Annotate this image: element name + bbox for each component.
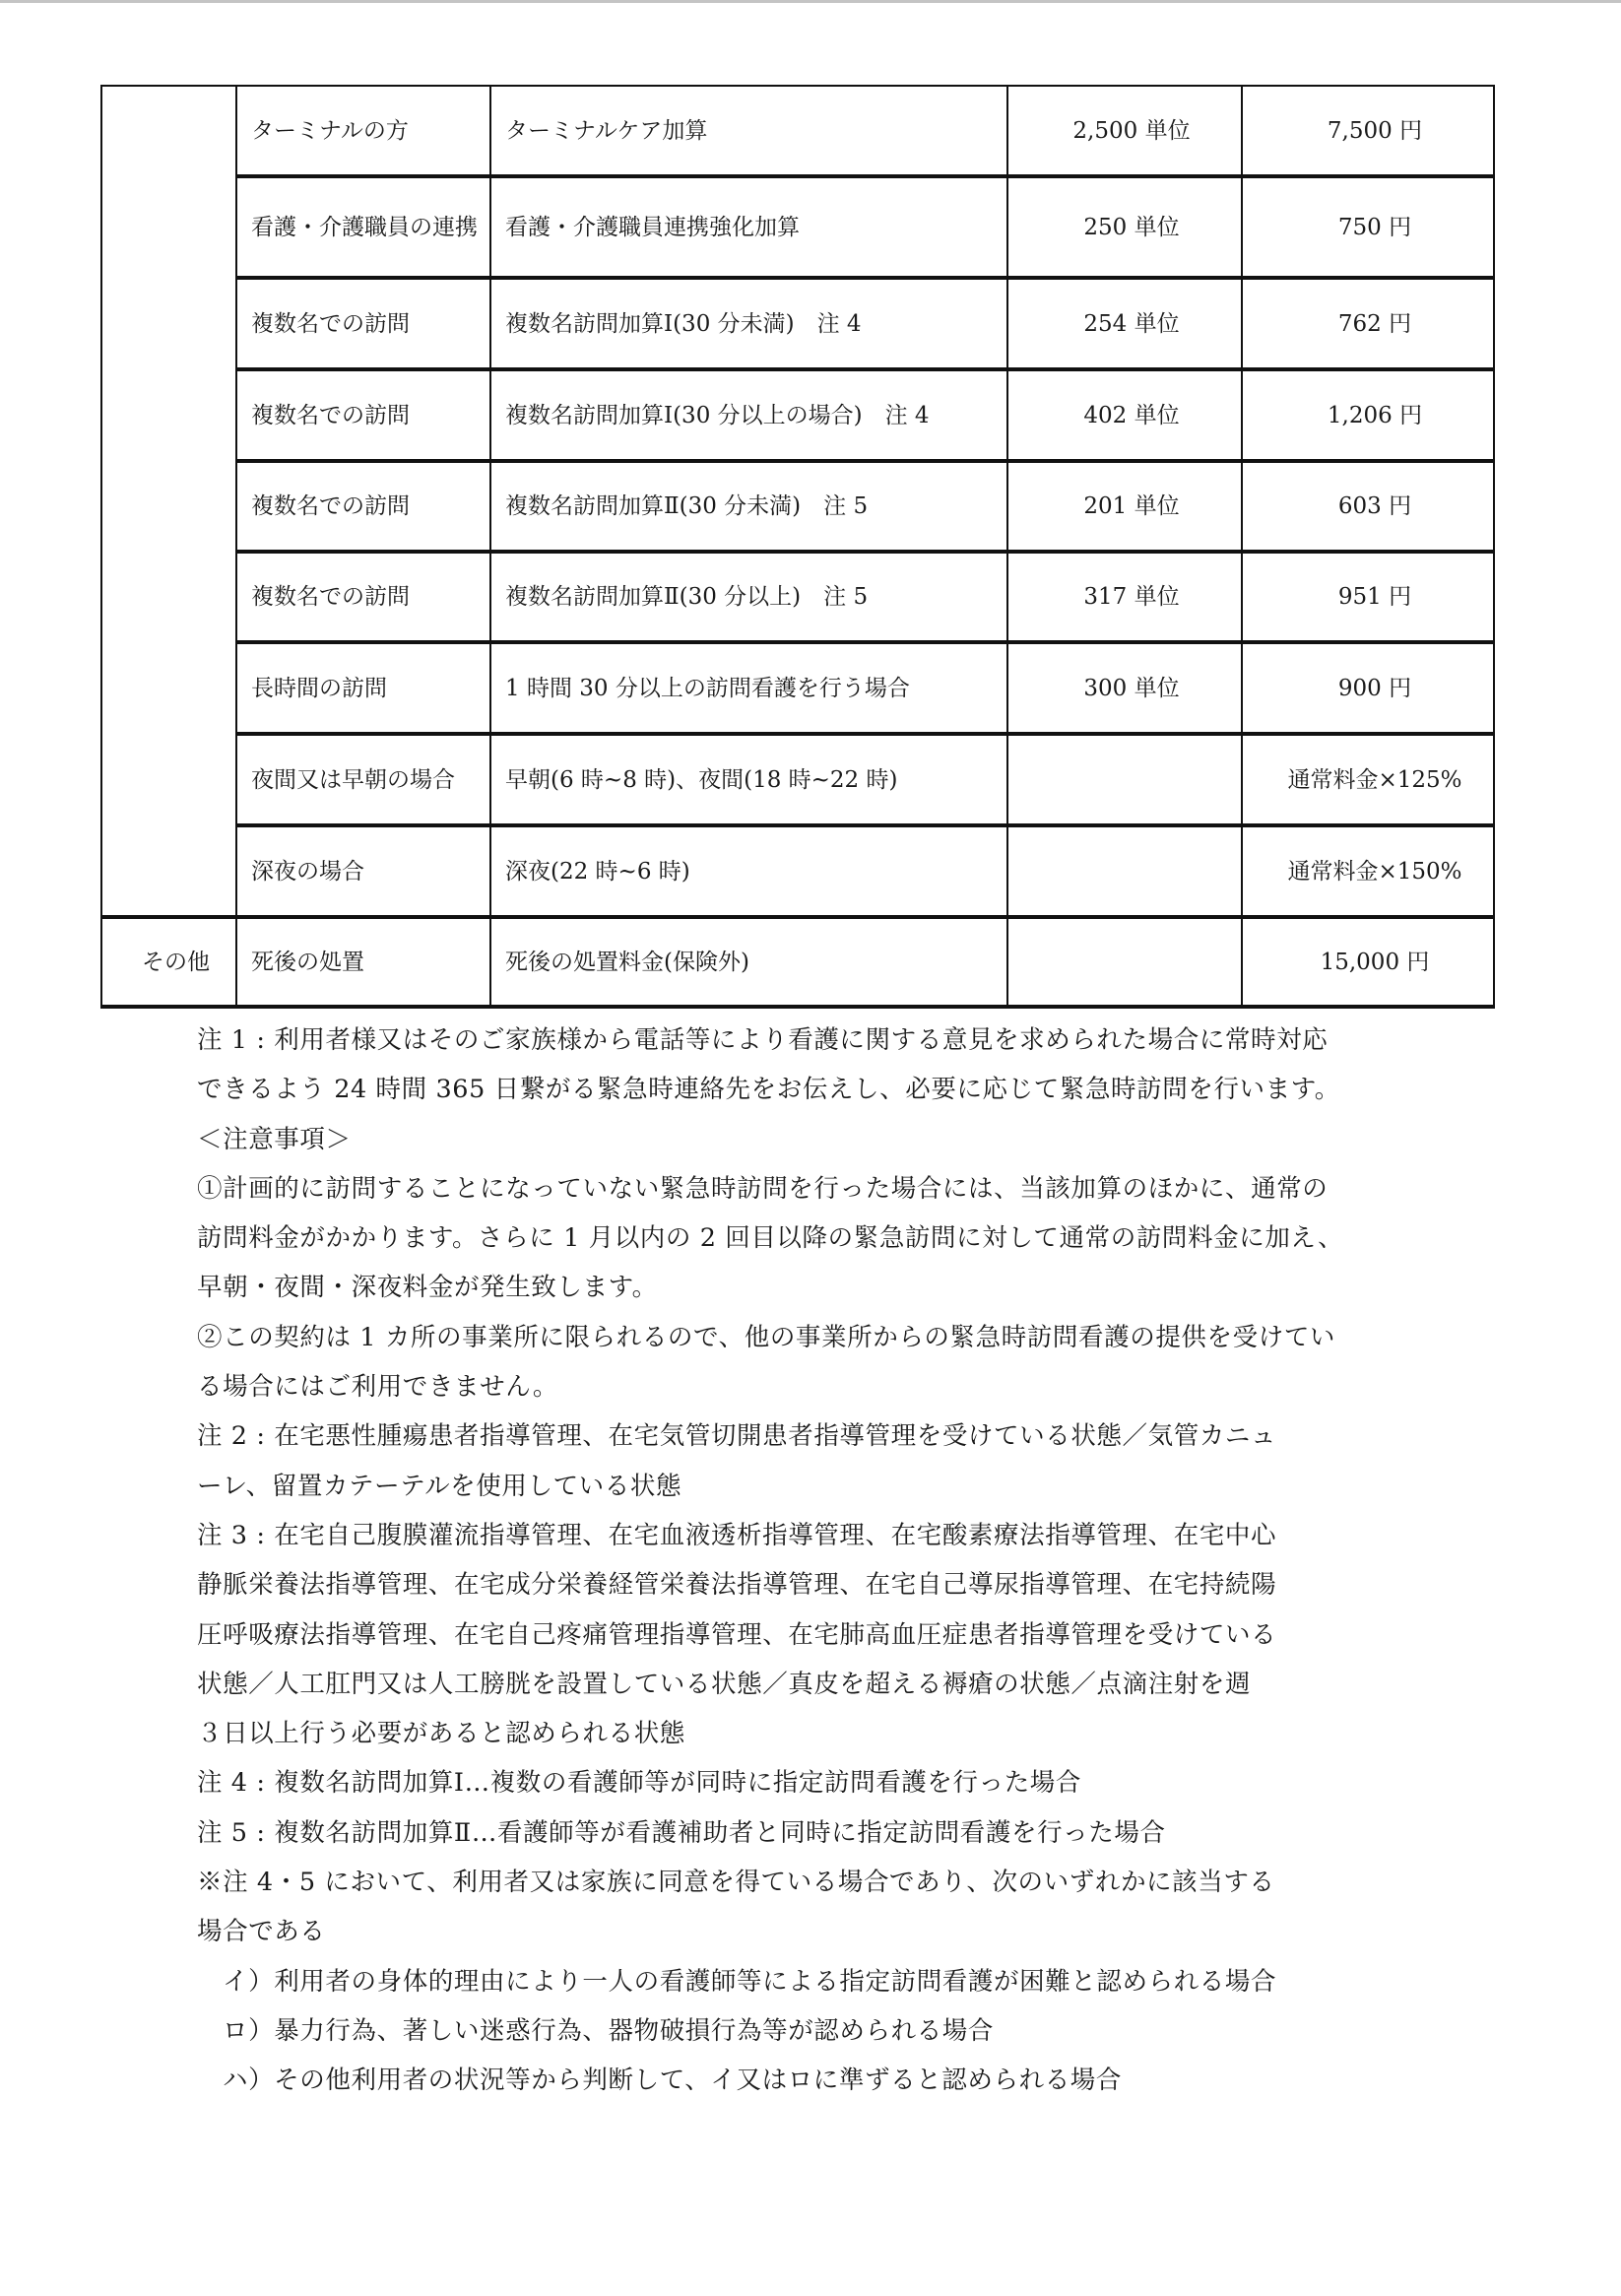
note-line: 注 5 : 複数名訪問加算Ⅱ…看護師等が看護補助者と同時に指定訪問看護を行った場… (197, 1808, 1389, 1858)
table-row: 深夜の場合 深夜(22 時~6 時) 通常料金×150% (101, 825, 1494, 917)
units-cell (1007, 734, 1242, 825)
item-cell: ターミナルケア加算 (490, 86, 1007, 176)
note-line: 早朝・夜間・深夜料金が発生致します。 (197, 1263, 1389, 1312)
note-line: 注 3 : 在宅自己腹膜灌流指導管理、在宅血液透析指導管理、在宅酸素療法指導管理… (197, 1511, 1389, 1560)
table-row: ターミナルの方 ターミナルケア加算 2,500 単位 7,500 円 (101, 86, 1494, 176)
item-cell: 看護・介護職員連携強化加算 (490, 176, 1007, 278)
item-cell: 複数名訪問加算Ⅱ(30 分未満) 注 5 (490, 461, 1007, 552)
price-cell: 750 円 (1242, 176, 1494, 278)
note-line: 圧呼吸療法指導管理、在宅自己疼痛管理指導管理、在宅肺高血圧症患者指導管理を受けて… (197, 1610, 1389, 1660)
condition-cell: 複数名での訪問 (236, 369, 490, 461)
note-line: イ）利用者の身体的理由により一人の看護師等による指定訪問看護が困難と認められる場… (197, 1957, 1389, 2006)
page-top-edge (0, 0, 1621, 3)
item-cell: 複数名訪問加算Ⅰ(30 分未満) 注 4 (490, 278, 1007, 369)
condition-cell: 深夜の場合 (236, 825, 490, 917)
table-row: その他 死後の処置 死後の処置料金(保険外) 15,000 円 (101, 917, 1494, 1007)
table-row: 複数名での訪問 複数名訪問加算Ⅰ(30 分未満) 注 4 254 単位 762 … (101, 278, 1494, 369)
item-cell: 1 時間 30 分以上の訪問看護を行う場合 (490, 642, 1007, 734)
fee-table: ターミナルの方 ターミナルケア加算 2,500 単位 7,500 円 看護・介護… (100, 85, 1495, 1009)
condition-cell: 長時間の訪問 (236, 642, 490, 734)
units-cell: 254 単位 (1007, 278, 1242, 369)
note-line: ※注 4・5 において、利用者又は家族に同意を得ている場合であり、次のいずれかに… (197, 1858, 1389, 1907)
note-line: ②この契約は 1 カ所の事業所に限られるので、他の事業所からの緊急時訪問看護の提… (197, 1313, 1389, 1362)
condition-cell: 夜間又は早朝の場合 (236, 734, 490, 825)
units-cell: 250 単位 (1007, 176, 1242, 278)
table-row: 複数名での訪問 複数名訪問加算Ⅱ(30 分未満) 注 5 201 単位 603 … (101, 461, 1494, 552)
units-cell: 2,500 単位 (1007, 86, 1242, 176)
category-cell (101, 86, 236, 917)
condition-cell: 複数名での訪問 (236, 278, 490, 369)
note-line: ハ）その他利用者の状況等から判断して、イ又はロに準ずると認められる場合 (197, 2056, 1389, 2105)
note-line: ーレ、留置カテーテルを使用している状態 (197, 1462, 1389, 1511)
price-cell: 通常料金×150% (1242, 825, 1494, 917)
price-cell: 762 円 (1242, 278, 1494, 369)
units-cell (1007, 825, 1242, 917)
note-line: 注 4 : 複数名訪問加算Ⅰ…複数の看護師等が同時に指定訪問看護を行った場合 (197, 1758, 1389, 1807)
table-row: 複数名での訪問 複数名訪問加算Ⅱ(30 分以上) 注 5 317 単位 951 … (101, 552, 1494, 642)
units-cell (1007, 917, 1242, 1007)
table-row: 長時間の訪問 1 時間 30 分以上の訪問看護を行う場合 300 単位 900 … (101, 642, 1494, 734)
units-cell: 317 単位 (1007, 552, 1242, 642)
note-line: ロ）暴力行為、著しい迷惑行為、器物破損行為等が認められる場合 (197, 2006, 1389, 2056)
note-line: ①計画的に訪問することになっていない緊急時訪問を行った場合には、当該加算のほかに… (197, 1164, 1389, 1214)
note-line: ３日以上行う必要があると認められる状態 (197, 1709, 1389, 1758)
note-line: る場合にはご利用できません。 (197, 1362, 1389, 1411)
price-cell: 603 円 (1242, 461, 1494, 552)
item-cell: 複数名訪問加算Ⅱ(30 分以上) 注 5 (490, 552, 1007, 642)
item-cell: 死後の処置料金(保険外) (490, 917, 1007, 1007)
units-cell: 402 単位 (1007, 369, 1242, 461)
price-cell: 15,000 円 (1242, 917, 1494, 1007)
condition-cell: 看護・介護職員の連携 (236, 176, 490, 278)
note-line: できるよう 24 時間 365 日繋がる緊急時連絡先をお伝えし、必要に応じて緊急… (197, 1065, 1389, 1114)
item-cell: 早朝(6 時~8 時)、夜間(18 時~22 時) (490, 734, 1007, 825)
item-cell: 複数名訪問加算Ⅰ(30 分以上の場合) 注 4 (490, 369, 1007, 461)
note-line: 場合である (197, 1907, 1389, 1956)
price-cell: 951 円 (1242, 552, 1494, 642)
item-cell: 深夜(22 時~6 時) (490, 825, 1007, 917)
table-row: 複数名での訪問 複数名訪問加算Ⅰ(30 分以上の場合) 注 4 402 単位 1… (101, 369, 1494, 461)
units-cell: 201 単位 (1007, 461, 1242, 552)
condition-cell: ターミナルの方 (236, 86, 490, 176)
note-line: ＜注意事項＞ (197, 1115, 1389, 1164)
table-row: 看護・介護職員の連携 看護・介護職員連携強化加算 250 単位 750 円 (101, 176, 1494, 278)
price-cell: 通常料金×125% (1242, 734, 1494, 825)
condition-cell: 死後の処置 (236, 917, 490, 1007)
price-cell: 1,206 円 (1242, 369, 1494, 461)
notes-section: 注 1 : 利用者様又はそのご家族様から電話等により看護に関する意見を求められた… (197, 1016, 1389, 2106)
category-cell: その他 (101, 917, 236, 1007)
price-cell: 7,500 円 (1242, 86, 1494, 176)
table-row: 夜間又は早朝の場合 早朝(6 時~8 時)、夜間(18 時~22 時) 通常料金… (101, 734, 1494, 825)
units-cell: 300 単位 (1007, 642, 1242, 734)
note-line: 状態／人工肛門又は人工膀胱を設置している状態／真皮を超える褥瘡の状態／点滴注射を… (197, 1660, 1389, 1709)
note-line: 訪問料金がかかります。さらに 1 月以内の 2 回目以降の緊急訪問に対して通常の… (197, 1214, 1389, 1263)
note-line: 注 2 : 在宅悪性腫瘍患者指導管理、在宅気管切開患者指導管理を受けている状態／… (197, 1411, 1389, 1461)
note-line: 注 1 : 利用者様又はそのご家族様から電話等により看護に関する意見を求められた… (197, 1016, 1389, 1065)
price-cell: 900 円 (1242, 642, 1494, 734)
note-line: 静脈栄養法指導管理、在宅成分栄養経管栄養法指導管理、在宅自己導尿指導管理、在宅持… (197, 1560, 1389, 1609)
condition-cell: 複数名での訪問 (236, 461, 490, 552)
condition-cell: 複数名での訪問 (236, 552, 490, 642)
